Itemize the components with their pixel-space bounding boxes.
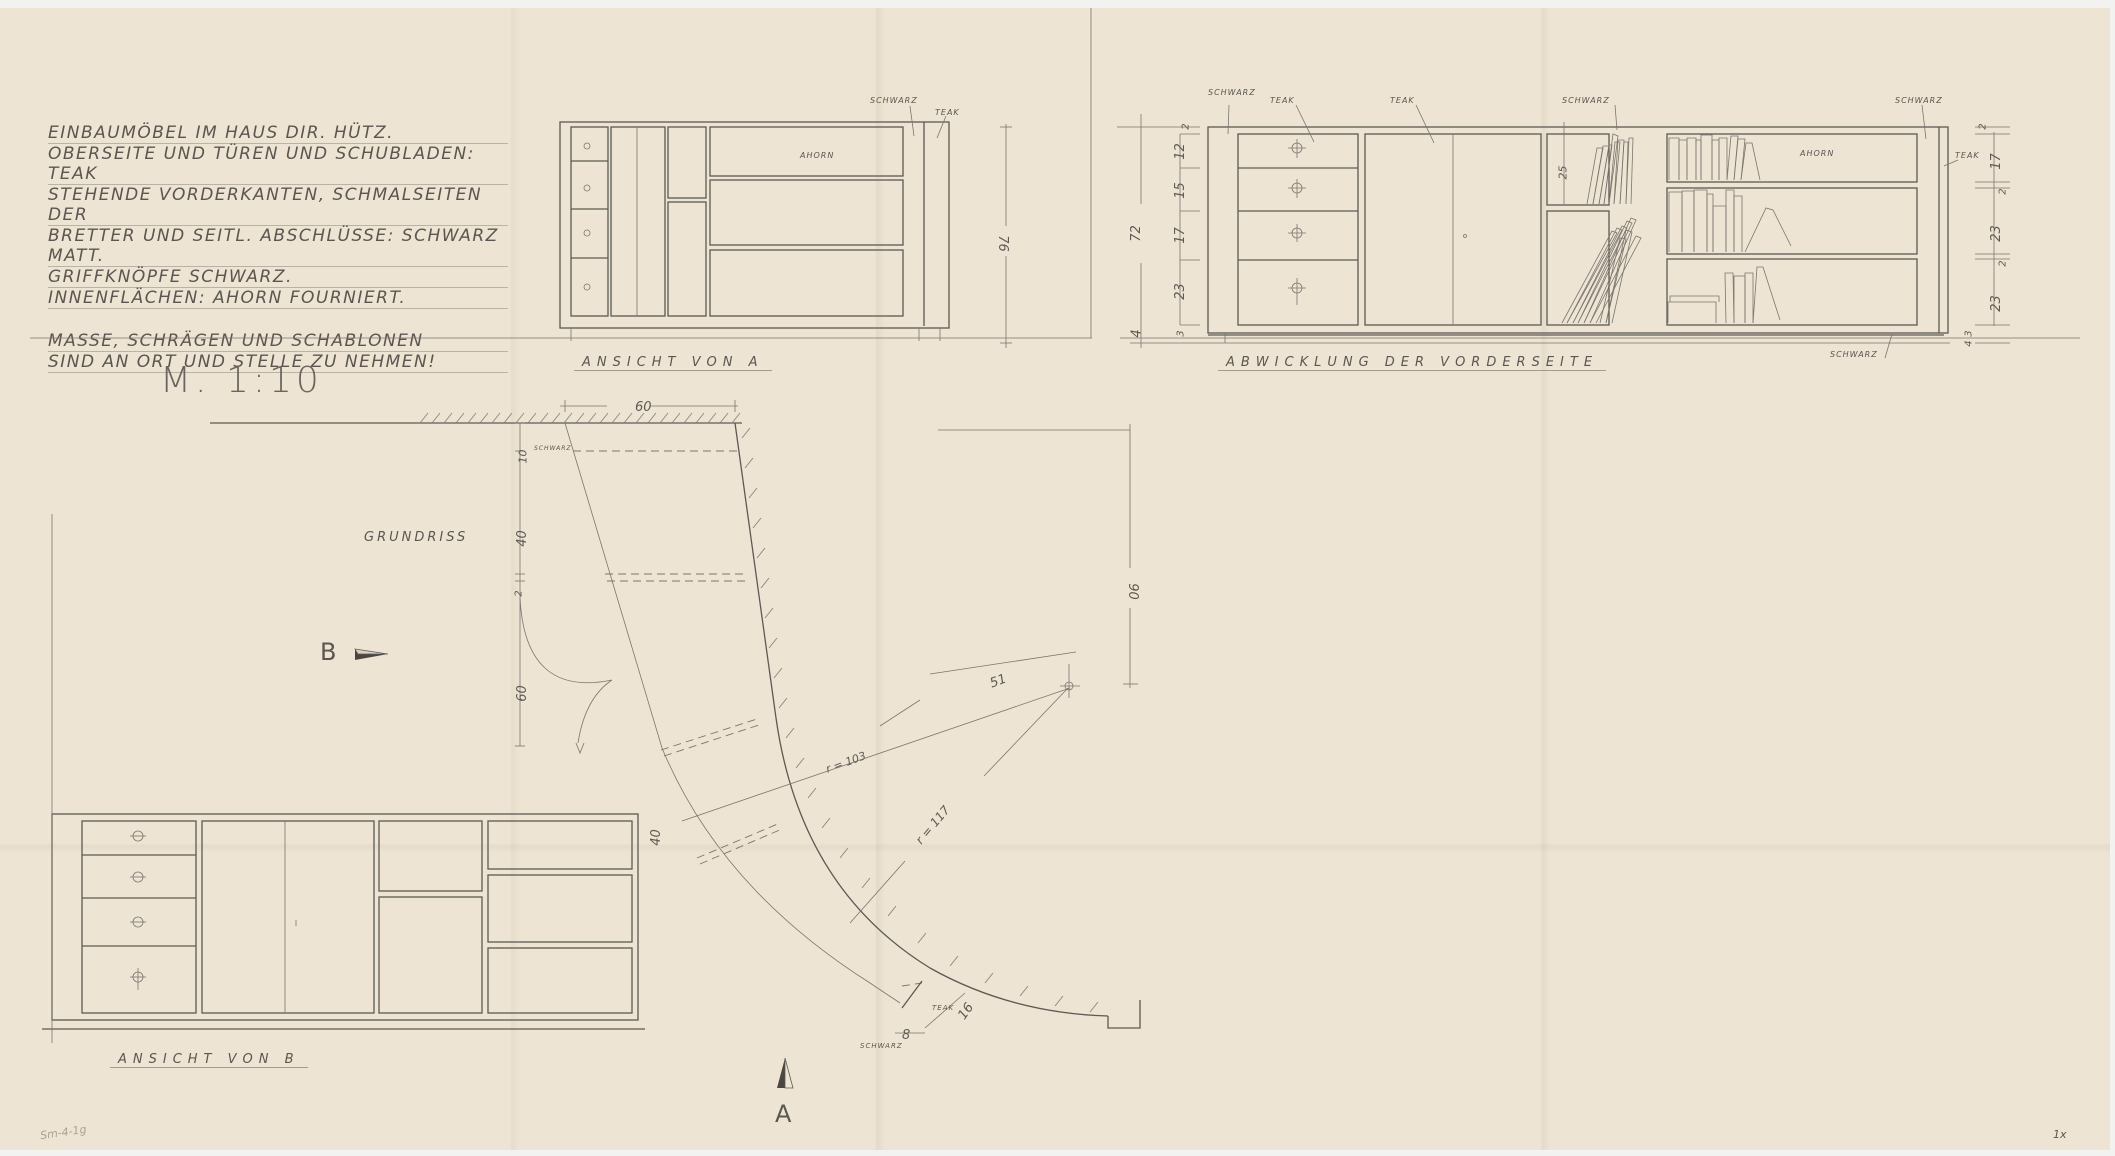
view-a-label-teak: TEAK bbox=[935, 108, 960, 117]
plan-dim-end-width: 8 bbox=[902, 1028, 910, 1043]
plan-dim-width-top: 60 bbox=[635, 400, 652, 415]
unfold-caption: ABWICKLUNG DER VORDERSEITE bbox=[1218, 355, 1606, 371]
unfold-dim-total: 72 bbox=[1129, 225, 1144, 242]
view-a-caption: ANSICHT VON A bbox=[574, 355, 772, 371]
arrow-a-icon bbox=[777, 1058, 793, 1088]
unfold-label-ahorn: AHORN bbox=[1800, 149, 1834, 158]
view-b-elevation bbox=[42, 514, 645, 1043]
unfold-dim-right-bottom1: 4 bbox=[1964, 340, 1975, 346]
unfold-label-teak-drawers: TEAK bbox=[1270, 96, 1295, 105]
view-a-elevation bbox=[560, 106, 1012, 348]
view-a-label-schwarz: SCHWARZ bbox=[870, 96, 918, 105]
unfold-dim-d2: 15 bbox=[1173, 182, 1188, 199]
unfold-dim-right-s2: 23 bbox=[1989, 225, 2004, 242]
unfold-dim-right-bottom2: 3 bbox=[1964, 330, 1975, 336]
plan-dim-seg2: 60 bbox=[515, 685, 530, 702]
plan-dim-top-depth: 10 bbox=[517, 450, 530, 464]
plan-dim-height-right: 90 bbox=[1125, 583, 1140, 600]
plan-label-schwarz-end: SCHWARZ bbox=[860, 1042, 903, 1050]
unfold-dim-d1: 12 bbox=[1173, 143, 1188, 160]
plan-arrow-b-label: B bbox=[320, 638, 336, 666]
plan-arrow-a-label: A bbox=[775, 1100, 791, 1128]
unfold-label-schwarz-right: SCHWARZ bbox=[1895, 96, 1943, 105]
unfold-dim-right-s3: 23 bbox=[1989, 295, 2004, 312]
unfold-dim-top: 2 bbox=[1181, 123, 1192, 129]
plan-dim-seg1: 40 bbox=[515, 530, 530, 547]
plan-caption: GRUNDRISS bbox=[364, 530, 468, 545]
unfold-label-teak-doors: TEAK bbox=[1390, 96, 1415, 105]
unfold-dim-d4: 23 bbox=[1173, 283, 1188, 300]
unfold-dim-bottom: 3 bbox=[1176, 330, 1187, 336]
corner-mark-right: 1x bbox=[2053, 1128, 2067, 1141]
view-b-caption: ANSICHT VON B bbox=[110, 1052, 308, 1068]
drawing-lines bbox=[0, 8, 2110, 1150]
unfold-label-teak-right: TEAK bbox=[1955, 151, 1980, 160]
unfold-dim-shelf: 25 bbox=[1557, 166, 1570, 180]
unfold-dim-right-g1: 2 bbox=[1998, 188, 2009, 194]
unfold-dim-d3: 17 bbox=[1173, 227, 1188, 244]
drawing-sheet: EINBAUMÖBEL IM HAUS DIR. HÜTZ. OBERSEITE… bbox=[0, 8, 2110, 1150]
plan-label-teak-end: TEAK bbox=[932, 1004, 954, 1012]
plan-view bbox=[210, 400, 1140, 1088]
unfold-dim-right-s1: 17 bbox=[1989, 153, 2004, 170]
plan-label-schwarz-top: SCHWARZ bbox=[534, 445, 572, 452]
unfold-label-schwarz-left: SCHWARZ bbox=[1208, 88, 1256, 97]
front-unfold-elevation bbox=[1117, 105, 2010, 358]
unfold-dim-right-g2: 2 bbox=[1998, 260, 2009, 266]
plan-dim-seg3: 40 bbox=[649, 829, 664, 846]
view-a-label-ahorn: AHORN bbox=[800, 151, 834, 160]
unfold-dim-base: 4 bbox=[1130, 329, 1145, 337]
unfold-dim-right-top: 2 bbox=[1978, 123, 1989, 129]
unfold-label-schwarz-bottom: SCHWARZ bbox=[1830, 350, 1878, 359]
unfold-label-schwarz-mid: SCHWARZ bbox=[1562, 96, 1610, 105]
plan-dim-gap: 2 bbox=[514, 590, 525, 596]
arrow-b-icon bbox=[355, 649, 388, 660]
view-a-dim-height: 76 bbox=[995, 235, 1010, 252]
